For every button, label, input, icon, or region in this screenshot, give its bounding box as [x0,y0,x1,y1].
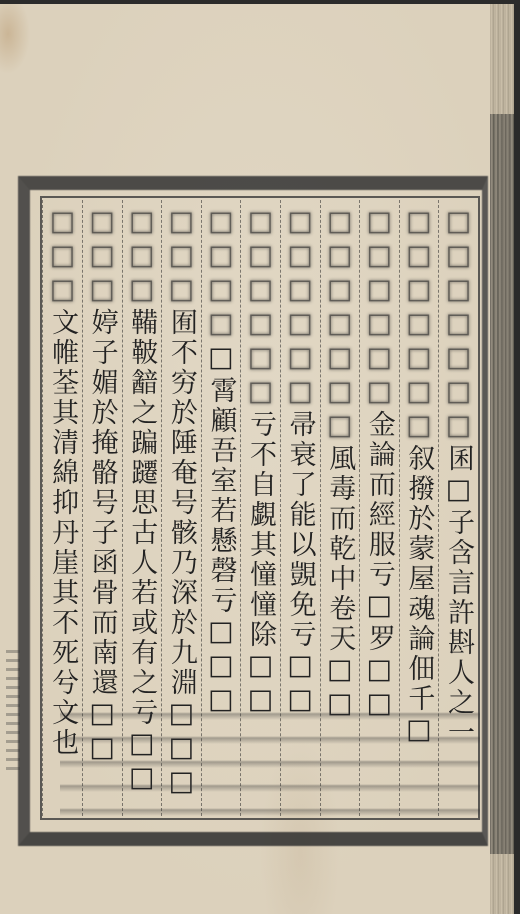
column-8-text: 囿不穷於陲奄号骸乃深於九淵□□□ [166,308,197,800]
column-4-faded-top: □□□□□□□ [324,206,355,444]
text-column-9: □□□鞴鞁韽之蹁躚思古人若或有之亏□□ [122,200,162,816]
column-6-faded-top: □□□□□□ [245,206,276,410]
column-9-faded-top: □□□ [126,206,157,308]
page-edge-shadow [490,114,516,854]
column-2-text: 叙撥於蒙屋魂論佃千□ [403,444,434,748]
column-5-faded-top: □□□□□□ [285,206,316,410]
column-2-faded-top: □□□□□□□ [403,206,434,444]
text-column-5: □□□□□□帚衰了能以覬免亏□□ [280,200,320,816]
text-column-4: □□□□□□□風毒而乾中卷天□□ [320,200,360,816]
column-6-text: 亏不自覷其憧憧除□□ [245,410,276,718]
text-column-8: □□□囿不穷於陲奄号骸乃深於九淵□□□ [161,200,201,816]
text-columns: □□□□□□□囷□子含言許斟人之一 □□□□□□□叙撥於蒙屋魂論佃千□ □□□□… [42,200,478,816]
text-column-3: □□□□□□金論而經服亏□罗□□ [359,200,399,816]
text-column-11: □□□文帷荃其清綿抑丹崖其不死兮文也 [42,200,82,816]
text-column-2: □□□□□□□叙撥於蒙屋魂論佃千□ [399,200,439,816]
column-3-text: 金論而經服亏□罗□□ [364,410,395,722]
text-column-7: □□□□□霄顧吾室若懸磬亏□□□ [201,200,241,816]
margin-marks [6,650,20,770]
text-column-6: □□□□□□亏不自覷其憧憧除□□ [240,200,280,816]
column-11-text: 文帷荃其清綿抑丹崖其不死兮文也 [47,308,78,758]
column-8-faded-top: □□□ [166,206,197,308]
column-10-faded-top: □□□ [87,206,118,308]
column-3-faded-top: □□□□□□ [364,206,395,410]
column-7-faded-top: □□□□ [205,206,236,342]
column-10-text: 婷子媚於掩骼号子函骨而南還□□ [87,308,118,766]
column-11-faded-top: □□□ [47,206,78,308]
column-7-text: □霄顧吾室若懸磬亏□□□ [205,342,236,718]
column-9-text: 鞴鞁韽之蹁躚思古人若或有之亏□□ [126,308,157,796]
column-4-text: 風毒而乾中卷天□□ [324,444,355,722]
text-column-10: □□□婷子媚於掩骼号子函骨而南還□□ [82,200,122,816]
column-1-faded-top: □□□□□□□ [443,206,474,444]
column-1-text: 囷□子含言許斟人之一 [443,444,474,748]
column-5-text: 帚衰了能以覬免亏□□ [285,410,316,718]
scan-right-border [514,4,520,914]
text-column-1: □□□□□□□囷□子含言許斟人之一 [438,200,478,816]
